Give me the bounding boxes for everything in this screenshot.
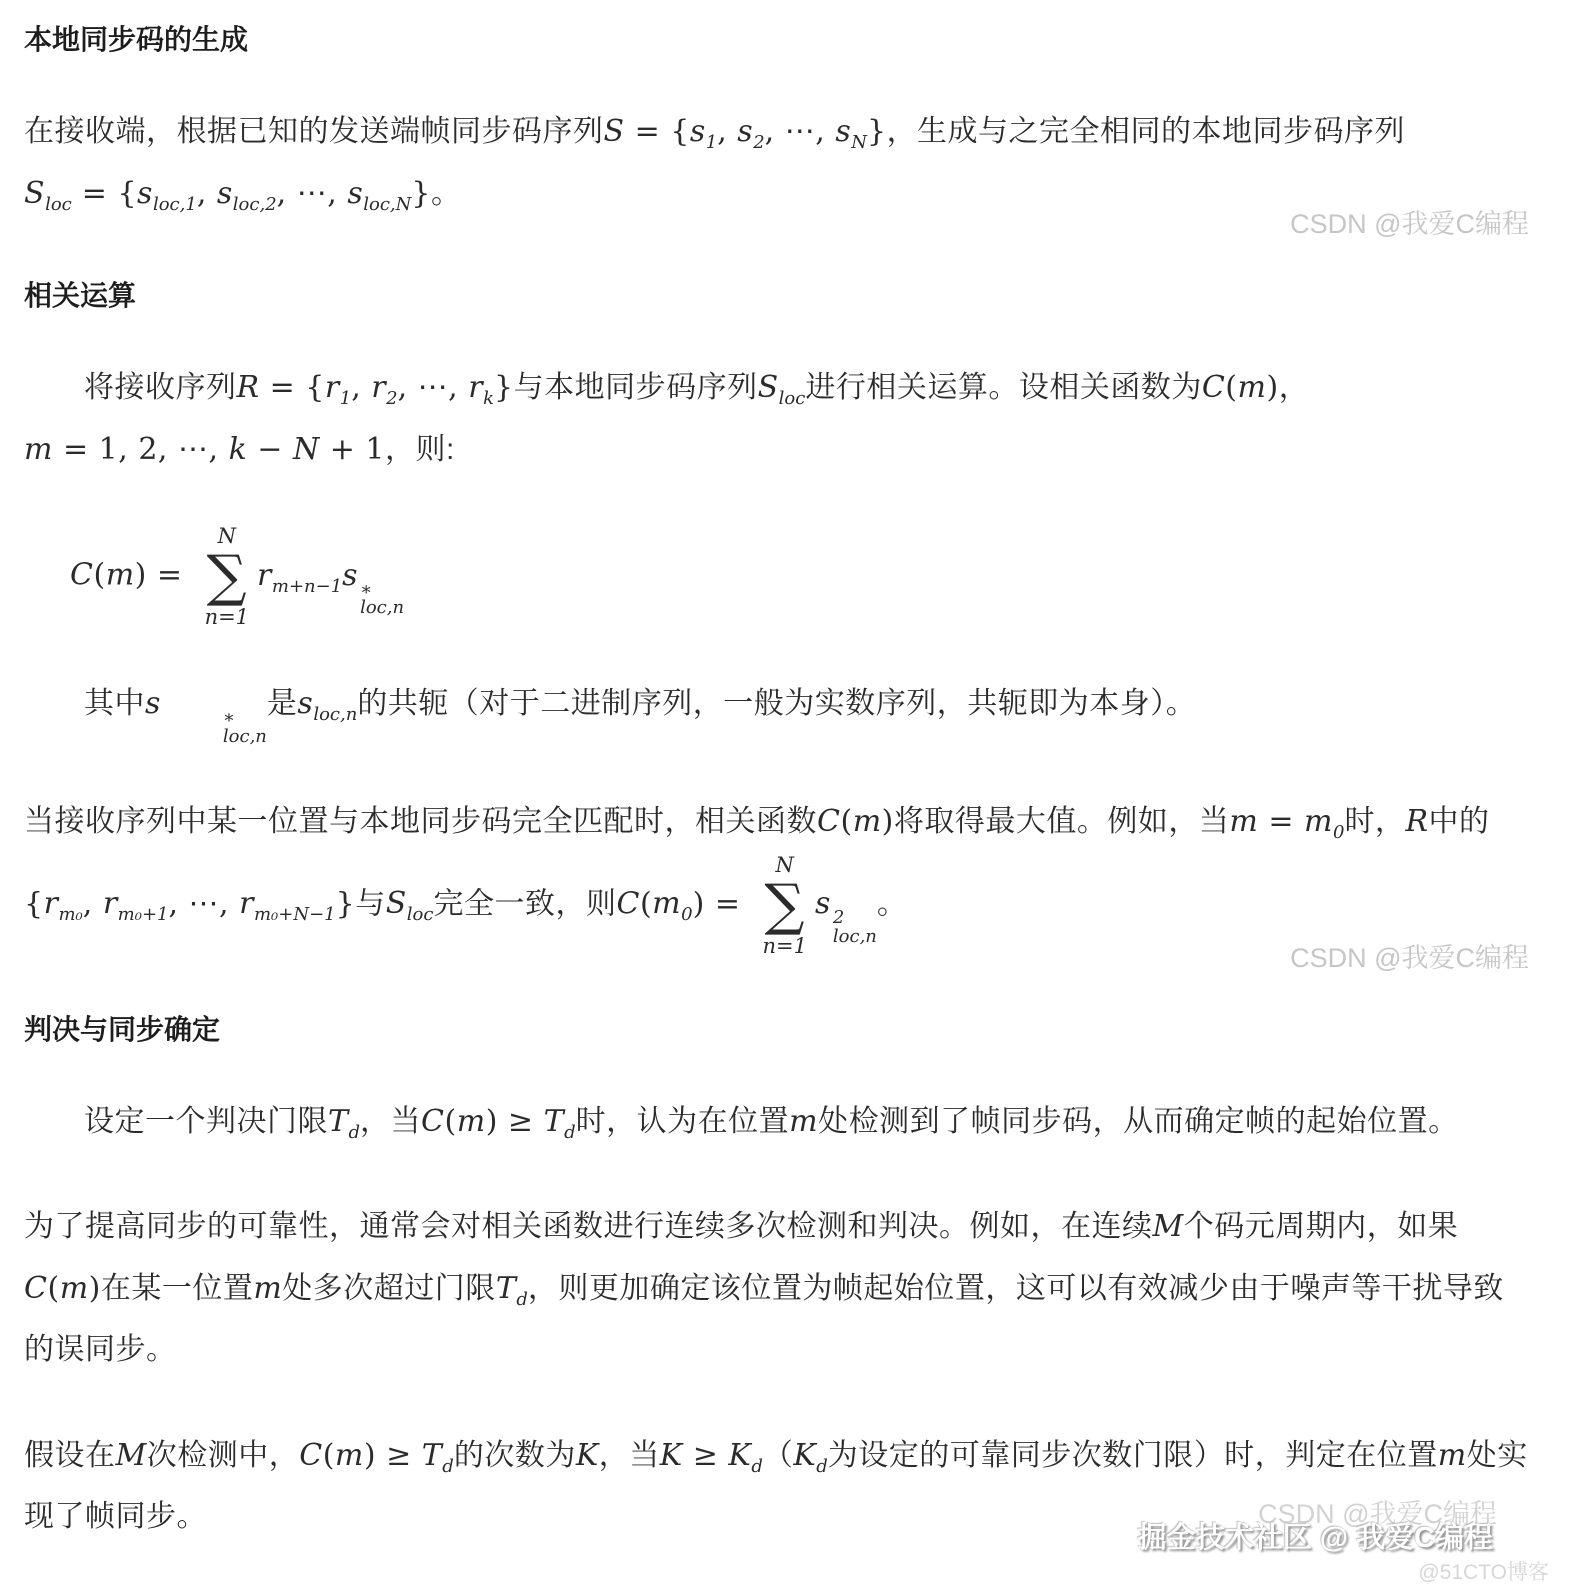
math-run: , ⋯, xyxy=(277,176,348,211)
article-section: 判决与同步确定设定一个判决门限Td，当C(m) ≥ Td时，认为在位置m处检测到… xyxy=(24,1012,1532,1548)
text-run: 完全一致，则 xyxy=(433,887,616,920)
math-run: rm₀+N−1 xyxy=(239,886,336,921)
article-section: 本地同步码的生成在接收端，根据已知的发送端帧同步码序列S = {s1, s2, … xyxy=(24,22,1532,224)
paragraph: 将接收序列R = {r1, r2, ⋯, rk}与本地同步码序列Sloc进行相关… xyxy=(24,357,1532,480)
text-run: 将接收序列 xyxy=(84,371,237,404)
math-run: rm₀ xyxy=(44,886,83,921)
math-run: m xyxy=(853,804,882,839)
math-run: Td xyxy=(422,1438,454,1473)
math-run: R xyxy=(1405,804,1428,839)
watermark-juejin: 掘金技术社区 @ 我爱C编程 xyxy=(1138,1515,1493,1556)
text-run: 设定一个判决门限 xyxy=(84,1105,328,1138)
text-run: 在某一位置 xyxy=(101,1272,254,1305)
math-run: ( xyxy=(840,804,852,839)
watermark-csdn-top: CSDN @我爱C编程 xyxy=(1290,202,1529,241)
math-run: ( xyxy=(445,1104,457,1139)
math-run: K xyxy=(576,1438,599,1473)
text-run: 的共轭（对于二进制序列，一般为实数序列，共轭即为本身）。 xyxy=(357,687,1196,720)
math-run: k xyxy=(229,432,248,467)
math-run: m0 xyxy=(1304,804,1344,839)
text-run: 在接收端，根据已知的发送端帧同步码序列 xyxy=(24,115,604,148)
math-run: = { xyxy=(625,114,690,149)
math-run: m0 xyxy=(652,886,692,921)
text-run: ，则: xyxy=(385,433,455,466)
paragraph: 其中s∗loc,n是sloc,n的共轭（对于二进制序列，一般为实数序列，共轭即为… xyxy=(24,673,1532,747)
section-heading: 本地同步码的生成 xyxy=(24,22,1532,57)
math-run: m xyxy=(1229,804,1258,839)
math-run: , xyxy=(351,370,371,405)
text-run: 为设定的可靠同步次数门限）时，判定在位置 xyxy=(828,1439,1438,1472)
summation-operator: N∑n=1 xyxy=(763,853,807,958)
text-run: 将取得最大值。例如，当 xyxy=(894,805,1230,838)
math-run: ) xyxy=(882,804,894,839)
math-run: , xyxy=(83,886,103,921)
math-run: rm+n−1 xyxy=(257,558,342,593)
math-run: Td xyxy=(328,1104,360,1139)
math-run: K xyxy=(660,1438,683,1473)
math-run: { xyxy=(24,886,44,921)
math-run: sloc,N xyxy=(347,176,411,211)
math-run: r2 xyxy=(371,370,397,405)
math-run: ( xyxy=(323,1438,335,1473)
math-run: = xyxy=(1258,804,1304,839)
text-run: ，当 xyxy=(360,1105,421,1138)
math-run: m xyxy=(1438,1438,1467,1473)
text-run: 假设在 xyxy=(24,1439,116,1472)
math-run: C xyxy=(421,1104,444,1139)
math-run: Td xyxy=(544,1104,576,1139)
math-run: Sloc xyxy=(24,176,72,211)
math-run: ( xyxy=(640,886,652,921)
math-run: ) ≥ xyxy=(486,1104,544,1139)
math-run: , xyxy=(197,176,217,211)
math-run: , xyxy=(717,114,737,149)
math-run: M xyxy=(116,1438,147,1473)
math-run: ( xyxy=(93,558,105,593)
math-run: m xyxy=(335,1438,364,1473)
math-formula: C(m) = N∑n=1rm+n−1s∗loc,n xyxy=(70,524,1532,629)
paragraph: 设定一个判决门限Td，当C(m) ≥ Td时，认为在位置m处检测到了帧同步码，从… xyxy=(24,1091,1532,1153)
math-run: r1 xyxy=(325,370,351,405)
text-run: ，生成与之完全相同的本地同步码序列 xyxy=(887,115,1406,148)
text-run: 与 xyxy=(355,887,386,920)
math-run: sloc,n xyxy=(297,686,357,721)
math-run: C xyxy=(616,886,639,921)
math-run: = { xyxy=(260,370,325,405)
math-run: ) xyxy=(89,1271,101,1306)
math-run: sN xyxy=(835,114,867,149)
text-run: 当接收序列中某一位置与本地同步码完全匹配时，相关函数 xyxy=(24,805,817,838)
math-run: rm₀+1 xyxy=(103,886,169,921)
math-run: Sloc xyxy=(386,886,434,921)
math-run: s∗loc,n xyxy=(342,558,404,593)
math-run: s∗loc,n xyxy=(145,686,267,721)
math-run: N xyxy=(293,432,320,467)
math-run: s2loc,n xyxy=(815,886,877,921)
math-run: m xyxy=(60,1271,89,1306)
math-run: Kd xyxy=(728,1438,762,1473)
math-run: } xyxy=(494,370,514,405)
math-run: Td xyxy=(496,1271,528,1306)
text-run: 。 xyxy=(877,887,908,920)
text-run: 个码元周期内，如果 xyxy=(1184,1210,1459,1243)
math-run: , ⋯, xyxy=(168,886,239,921)
math-run: m xyxy=(1238,370,1267,405)
math-run: rk xyxy=(468,370,494,405)
article-page: 本地同步码的生成在接收端，根据已知的发送端帧同步码序列S = {s1, s2, … xyxy=(0,0,1587,1587)
text-run: 处检测到了帧同步码，从而确定帧的起始位置。 xyxy=(818,1105,1459,1138)
text-run: 。 xyxy=(431,177,462,210)
math-run: , ⋯, xyxy=(398,370,469,405)
math-run: ( xyxy=(1225,370,1237,405)
section-heading: 判决与同步确定 xyxy=(24,1012,1532,1047)
text-run: 处多次超过门限 xyxy=(282,1272,496,1305)
math-run: S xyxy=(604,114,625,149)
watermark-51cto: @51CTO博客 xyxy=(1418,1556,1549,1586)
text-run: 其中 xyxy=(84,687,145,720)
math-run: ) = xyxy=(135,558,193,593)
text-run: 次检测中， xyxy=(147,1439,300,1472)
math-run: − xyxy=(247,432,293,467)
text-run: 为了提高同步的可靠性，通常会对相关函数进行连续多次检测和判决。例如，在连续 xyxy=(24,1210,1153,1243)
math-run: Sloc xyxy=(758,370,806,405)
text-run: 时， xyxy=(1344,805,1405,838)
math-run: s2 xyxy=(737,114,764,149)
math-run: C xyxy=(24,1271,47,1306)
text-run: 与本地同步码序列 xyxy=(514,371,758,404)
math-run: C xyxy=(817,804,840,839)
math-run: } xyxy=(336,886,356,921)
math-run: = { xyxy=(72,176,137,211)
math-run: sloc,2 xyxy=(217,176,277,211)
math-run: } xyxy=(411,176,431,211)
text-run: ， xyxy=(1279,371,1310,404)
paragraph: 当接收序列中某一位置与本地同步码完全匹配时，相关函数C(m)将取得最大值。例如，… xyxy=(24,791,1532,958)
math-run: m xyxy=(457,1104,486,1139)
math-run: } xyxy=(867,114,887,149)
math-run: = 1, 2, ⋯, xyxy=(53,432,229,467)
math-run: Kd xyxy=(793,1438,827,1473)
math-run: , ⋯, xyxy=(765,114,836,149)
text-run: ，当 xyxy=(599,1439,660,1472)
text-run: 进行相关运算。设相关函数为 xyxy=(805,371,1202,404)
text-run: （ xyxy=(763,1439,794,1472)
math-run: sloc,1 xyxy=(137,176,197,211)
math-run: ) ≥ xyxy=(364,1438,422,1473)
math-run: m xyxy=(789,1104,818,1139)
math-run: + 1 xyxy=(320,432,385,467)
math-run: m xyxy=(253,1271,282,1306)
text-run: 时，认为在位置 xyxy=(576,1105,790,1138)
summation-operator: N∑n=1 xyxy=(205,524,249,629)
math-run: C xyxy=(1202,370,1225,405)
article-section: 相关运算将接收序列R = {r1, r2, ⋯, rk}与本地同步码序列Sloc… xyxy=(24,278,1532,958)
math-run: M xyxy=(1153,1209,1184,1244)
math-run: s1 xyxy=(690,114,717,149)
math-run: m xyxy=(106,558,135,593)
math-run: ( xyxy=(47,1271,59,1306)
text-run: 是 xyxy=(267,687,298,720)
text-run: 中的 xyxy=(1429,805,1490,838)
math-run: C xyxy=(299,1438,322,1473)
math-run: ≥ xyxy=(683,1438,729,1473)
section-heading: 相关运算 xyxy=(24,278,1532,313)
math-run: C xyxy=(70,558,93,593)
paragraph: 为了提高同步的可靠性，通常会对相关函数进行连续多次检测和判决。例如，在连续M个码… xyxy=(24,1196,1532,1381)
text-run: 的次数为 xyxy=(454,1439,576,1472)
math-run: m xyxy=(24,432,53,467)
watermark-csdn-middle: CSDN @我爱C编程 xyxy=(1290,936,1529,975)
math-run: R xyxy=(237,370,260,405)
math-run: ) = xyxy=(693,886,751,921)
math-run: ) xyxy=(1266,370,1278,405)
